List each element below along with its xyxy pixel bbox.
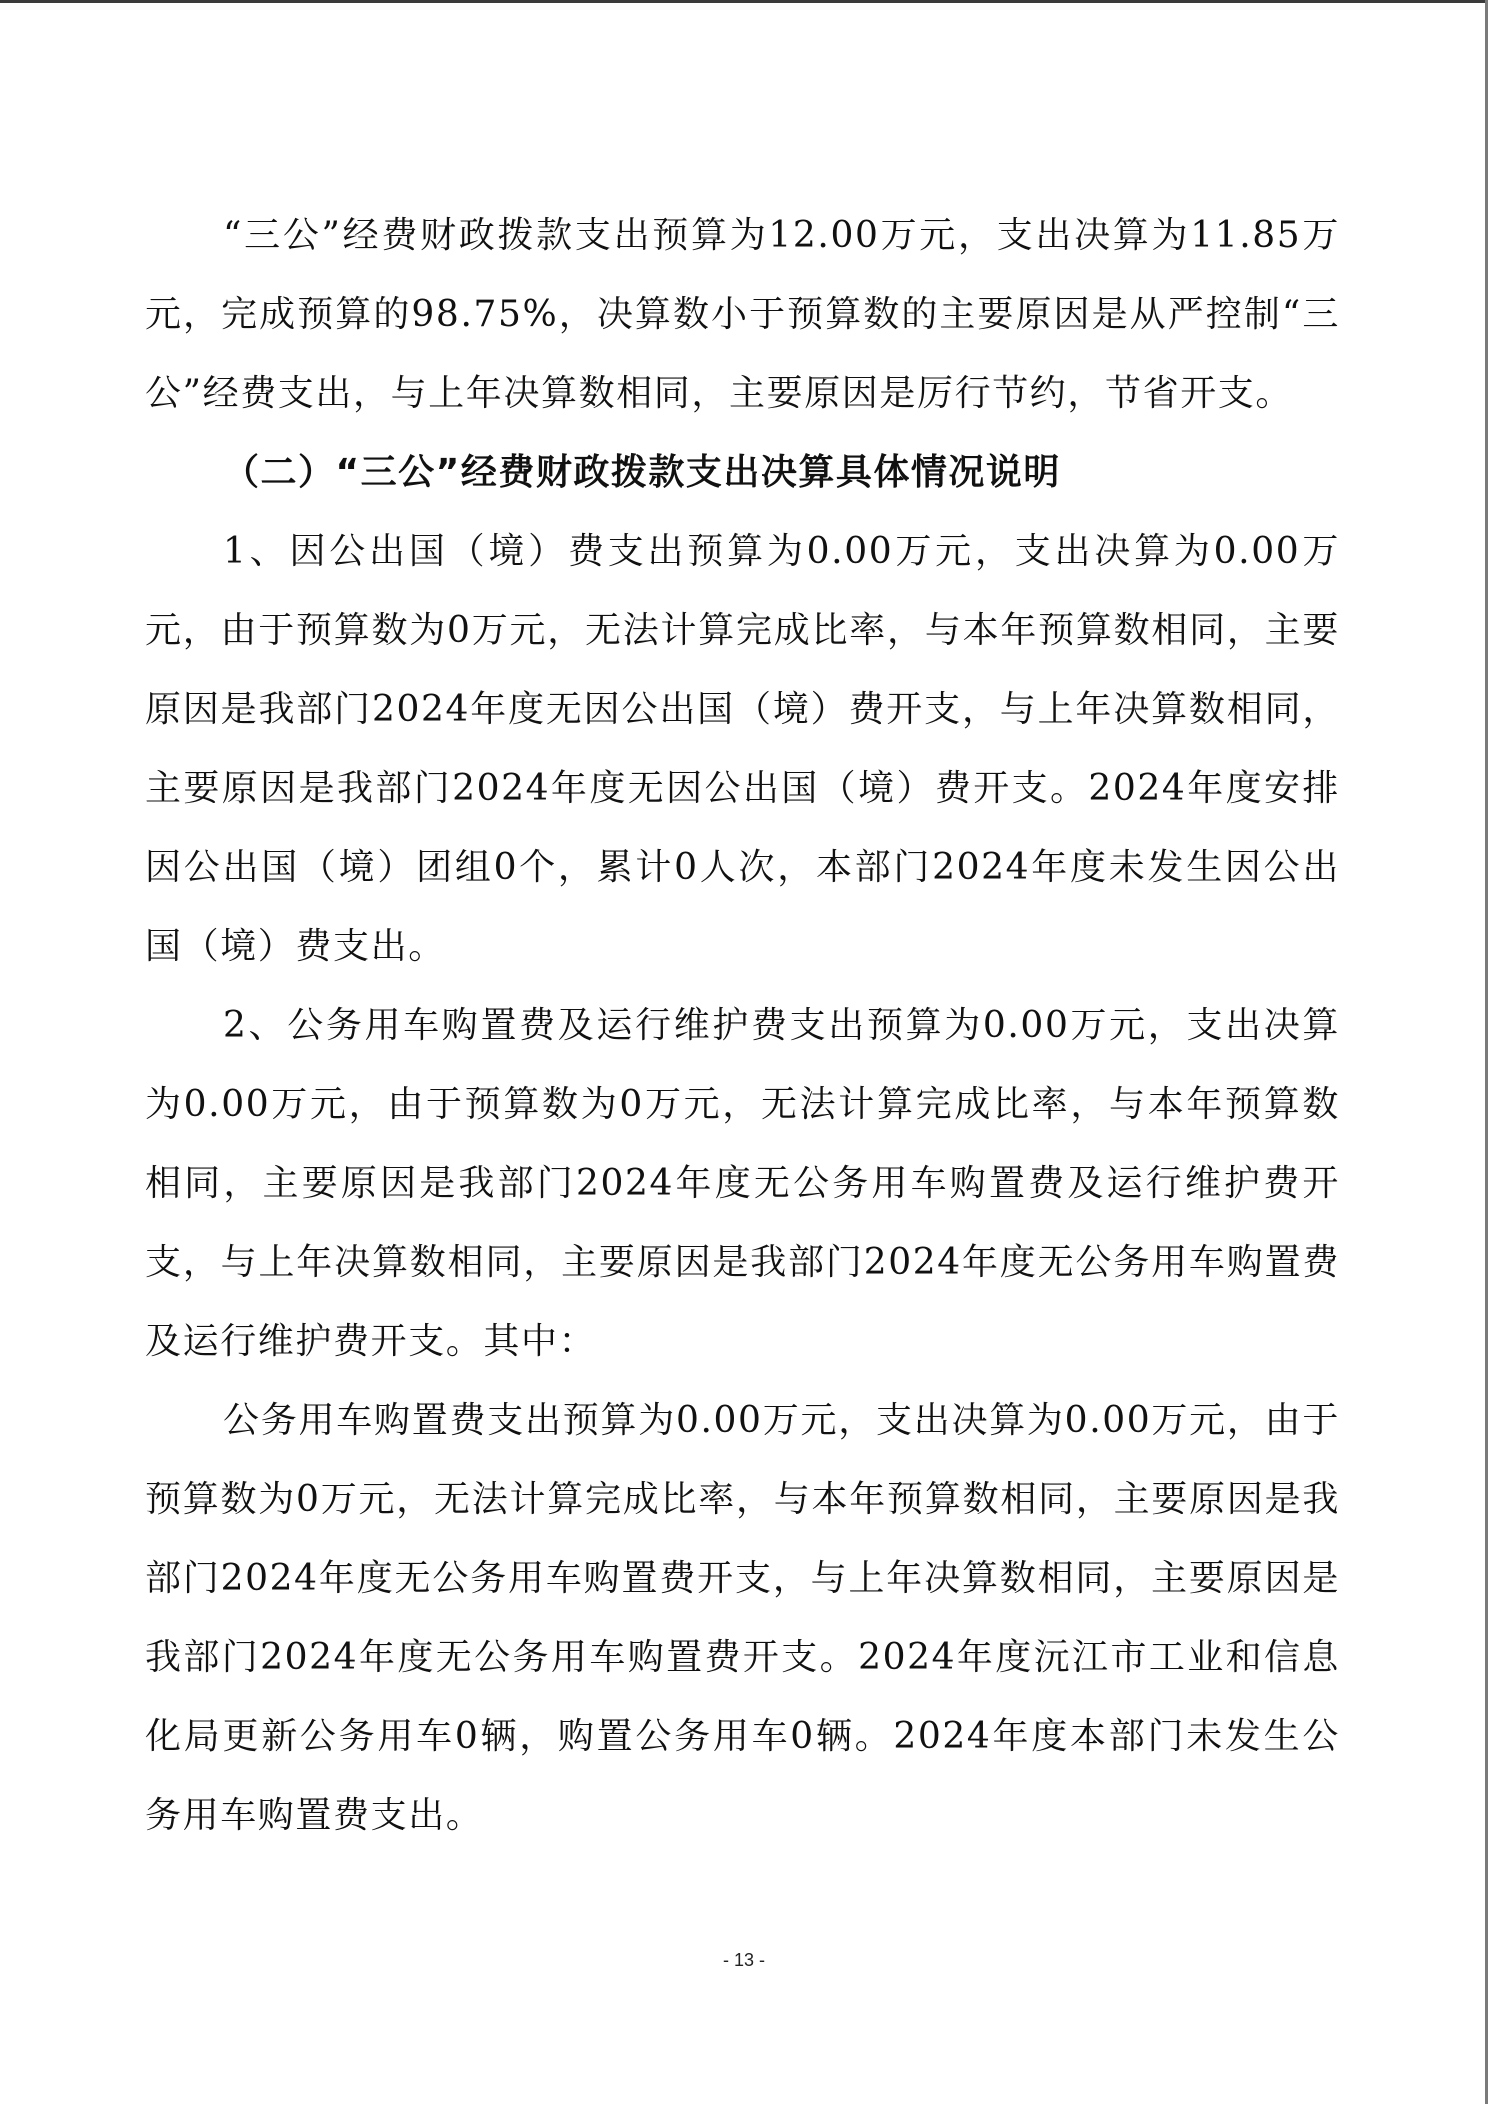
- page-number: - 13 -: [0, 1950, 1488, 1971]
- paragraph-official-vehicles: 2、公务用车购置费及运行维护费支出预算为0.00万元，支出决算为0.00万元，由…: [145, 986, 1340, 1381]
- paragraph-vehicle-purchase: 公务用车购置费支出预算为0.00万元，支出决算为0.00万元，由于预算数为0万元…: [145, 1381, 1340, 1855]
- page-top-border: [0, 0, 1488, 3]
- section-heading-sangong-details: （二）“三公”经费财政拨款支出决算具体情况说明: [145, 433, 1340, 512]
- paragraph-sangong-summary: “三公”经费财政拨款支出预算为12.00万元，支出决算为11.85万元，完成预算…: [145, 196, 1340, 433]
- paragraph-overseas-travel: 1、因公出国（境）费支出预算为0.00万元，支出决算为0.00万元，由于预算数为…: [145, 512, 1340, 986]
- document-page: “三公”经费财政拨款支出预算为12.00万元，支出决算为11.85万元，完成预算…: [145, 196, 1340, 1855]
